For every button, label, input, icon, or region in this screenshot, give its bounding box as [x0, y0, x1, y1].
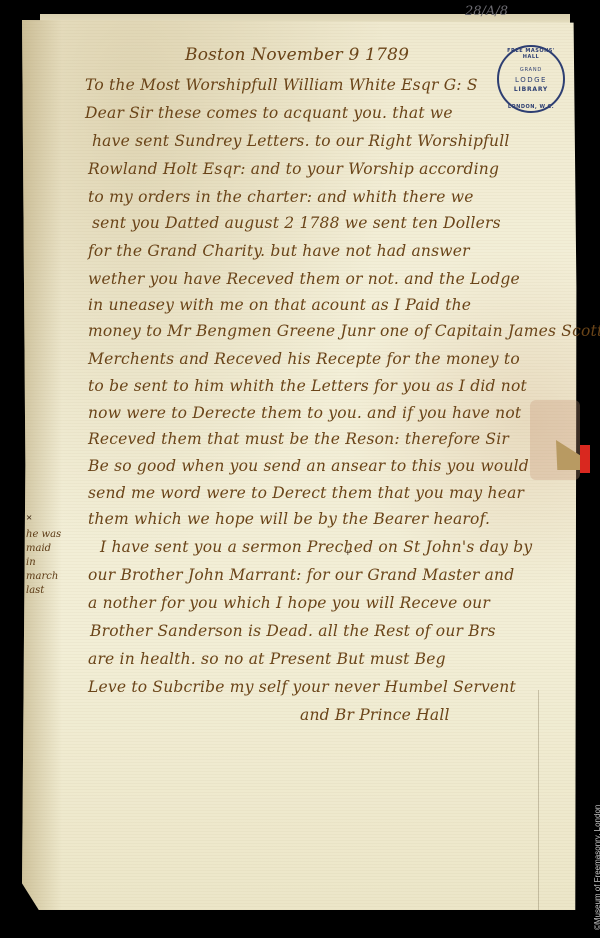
letter-line: them which we hope will be by the Bearer… — [88, 510, 490, 528]
letter-text: Boston November 9 1789 To the Most Worsh… — [0, 0, 600, 938]
letter-line: are in health. so no at Present But must… — [88, 650, 446, 668]
letter-line: Brother Sanderson is Dead. all the Rest … — [90, 622, 496, 640]
letter-line: I have sent you a sermon Preched on St J… — [100, 538, 532, 556]
letter-line: Merchents and Receved his Recepte for th… — [88, 350, 520, 368]
letter-line: Rowland Holt Esqr: and to your Worship a… — [88, 160, 499, 178]
letter-line: send me word were to Derect them that yo… — [88, 484, 524, 502]
margin-note-marker-icon: × — [26, 512, 32, 524]
margin-note: he was maid in march last — [26, 528, 68, 598]
letter-line: Dear Sir these comes to acquant you. tha… — [85, 104, 453, 122]
letter-line: Be so good when you send an ansear to th… — [88, 457, 529, 475]
margin-note-line: he was — [26, 528, 68, 542]
document-viewport: 28/A/8 FREE MASONS' HALL GRAND LODGE LIB… — [0, 0, 600, 938]
insertion-marker-icon: + — [345, 548, 351, 559]
letter-line: in uneasey with me on that acount as I P… — [88, 296, 471, 314]
letter-date-heading: Boston November 9 1789 — [185, 45, 409, 65]
copyright-credit: ©Museum of Freemasonry, London — [593, 805, 600, 930]
letter-line: wether you have Receved them or not. and… — [88, 270, 520, 288]
letter-line: Leve to Subcribe my self your never Humb… — [88, 678, 516, 696]
margin-note-line: maid — [26, 542, 68, 556]
margin-note-line: march — [26, 570, 68, 584]
letter-signature: and Br Prince Hall — [300, 706, 450, 724]
letter-line: to my orders in the charter: and whith t… — [88, 188, 474, 206]
margin-note-line: last — [26, 584, 68, 598]
letter-line: have sent Sundrey Letters. to our Right … — [92, 132, 510, 150]
letter-line: now were to Derecte them to you. and if … — [88, 404, 521, 422]
margin-note-line: in — [26, 556, 68, 570]
letter-line: for the Grand Charity. but have not had … — [88, 242, 470, 260]
letter-line: a nother for you which I hope you will R… — [88, 594, 490, 612]
letter-line: to be sent to him whith the Letters for … — [88, 377, 527, 395]
letter-line: Receved them that must be the Reson: the… — [88, 430, 509, 448]
letter-line: money to Mr Bengmen Greene Junr one of C… — [88, 322, 600, 340]
letter-line: sent you Datted august 2 1788 we sent te… — [92, 214, 501, 232]
letter-address-line: To the Most Worshipfull William White Es… — [85, 76, 478, 94]
letter-line: our Brother John Marrant: for our Grand … — [88, 566, 514, 584]
